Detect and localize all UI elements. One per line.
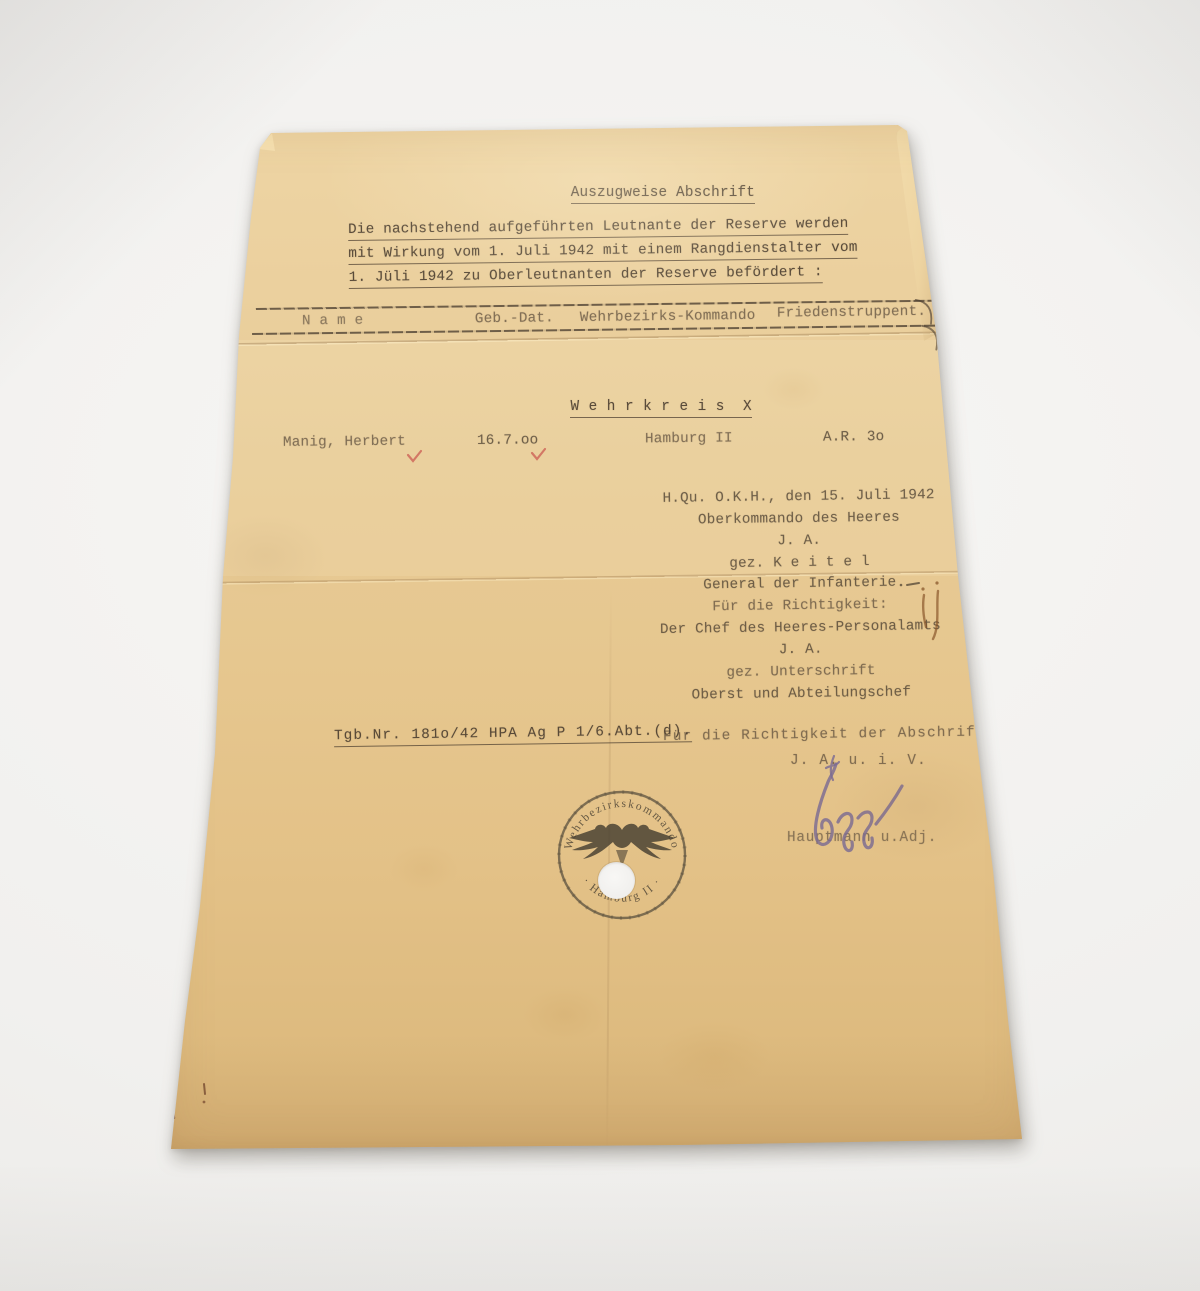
paper-stain-marks	[168, 1078, 218, 1123]
authorization-line: Oberst und Abteilungschef	[641, 681, 961, 707]
punch-hole	[598, 862, 635, 899]
officer-district: Hamburg II	[645, 431, 733, 448]
document-paper: Auszugweise Abschrift Die nachstehend au…	[160, 118, 1040, 1160]
authorization-line: H.Qu. O.K.H., den 15. Juli 1942	[638, 485, 958, 511]
column-header-birthdate: Geb.-Dat.	[475, 310, 554, 327]
reference-number-text: Tgb.Nr. 181o/42 HPA Ag P 1/6.Abt.(d).	[334, 723, 692, 747]
intro-line-text: Die nachstehend aufgeführten Leutnante d…	[348, 216, 849, 241]
column-header-district: Wehrbezirks-Kommando	[580, 308, 756, 326]
intro-line: Die nachstehend aufgeführten Leutnante d…	[348, 216, 857, 241]
officer-unit: A.R. 3o	[823, 429, 885, 446]
red-check-mark	[406, 450, 424, 464]
intro-paragraph: Die nachstehend aufgeführten Leutnante d…	[348, 216, 858, 289]
wehrkreis-heading-text: W e h r k r e i s X	[570, 399, 752, 418]
handwritten-signature	[790, 750, 920, 870]
document-title-text: Auszugweise Abschrift	[571, 185, 755, 204]
rule-end-hooks	[914, 294, 945, 356]
column-header-name: N a m e	[302, 313, 364, 330]
dog-ear-fold	[254, 130, 280, 156]
stamp-eagle-icon	[569, 824, 675, 867]
wehrkreis-heading: W e h r k r e i s X	[516, 383, 752, 434]
reference-number: Tgb.Nr. 181o/42 HPA Ag P 1/6.Abt.(d).	[276, 707, 693, 764]
table-header-band: N a m e Geb.-Dat. Wehrbezirks-Kommando F…	[252, 297, 953, 352]
intro-line: mit Wirkung vom 1. Juli 1942 mit einem R…	[348, 240, 857, 265]
photo-backdrop: Auszugweise Abschrift Die nachstehend au…	[0, 0, 1200, 1291]
intro-line-text: mit Wirkung vom 1. Juli 1942 mit einem R…	[348, 240, 857, 265]
column-header-unit: Friedenstruppent.	[777, 304, 926, 322]
ink-smudge	[895, 573, 955, 648]
officer-name: Manig, Herbert	[283, 434, 406, 451]
document-title: Auszugweise Abschrift	[518, 169, 755, 220]
official-stamp: Wehrbezirkskommando · Hamburg II ·	[547, 780, 697, 930]
certification-line: Für die Richtigkeit der Abschrift	[663, 724, 986, 745]
intro-line-text: 1. Jüli 1942 zu Oberleutnanten der Reser…	[349, 264, 823, 289]
intro-line: 1. Jüli 1942 zu Oberleutnanten der Reser…	[349, 264, 858, 289]
officer-birth-date: 16.7.oo	[477, 432, 539, 449]
red-check-mark	[530, 448, 548, 462]
